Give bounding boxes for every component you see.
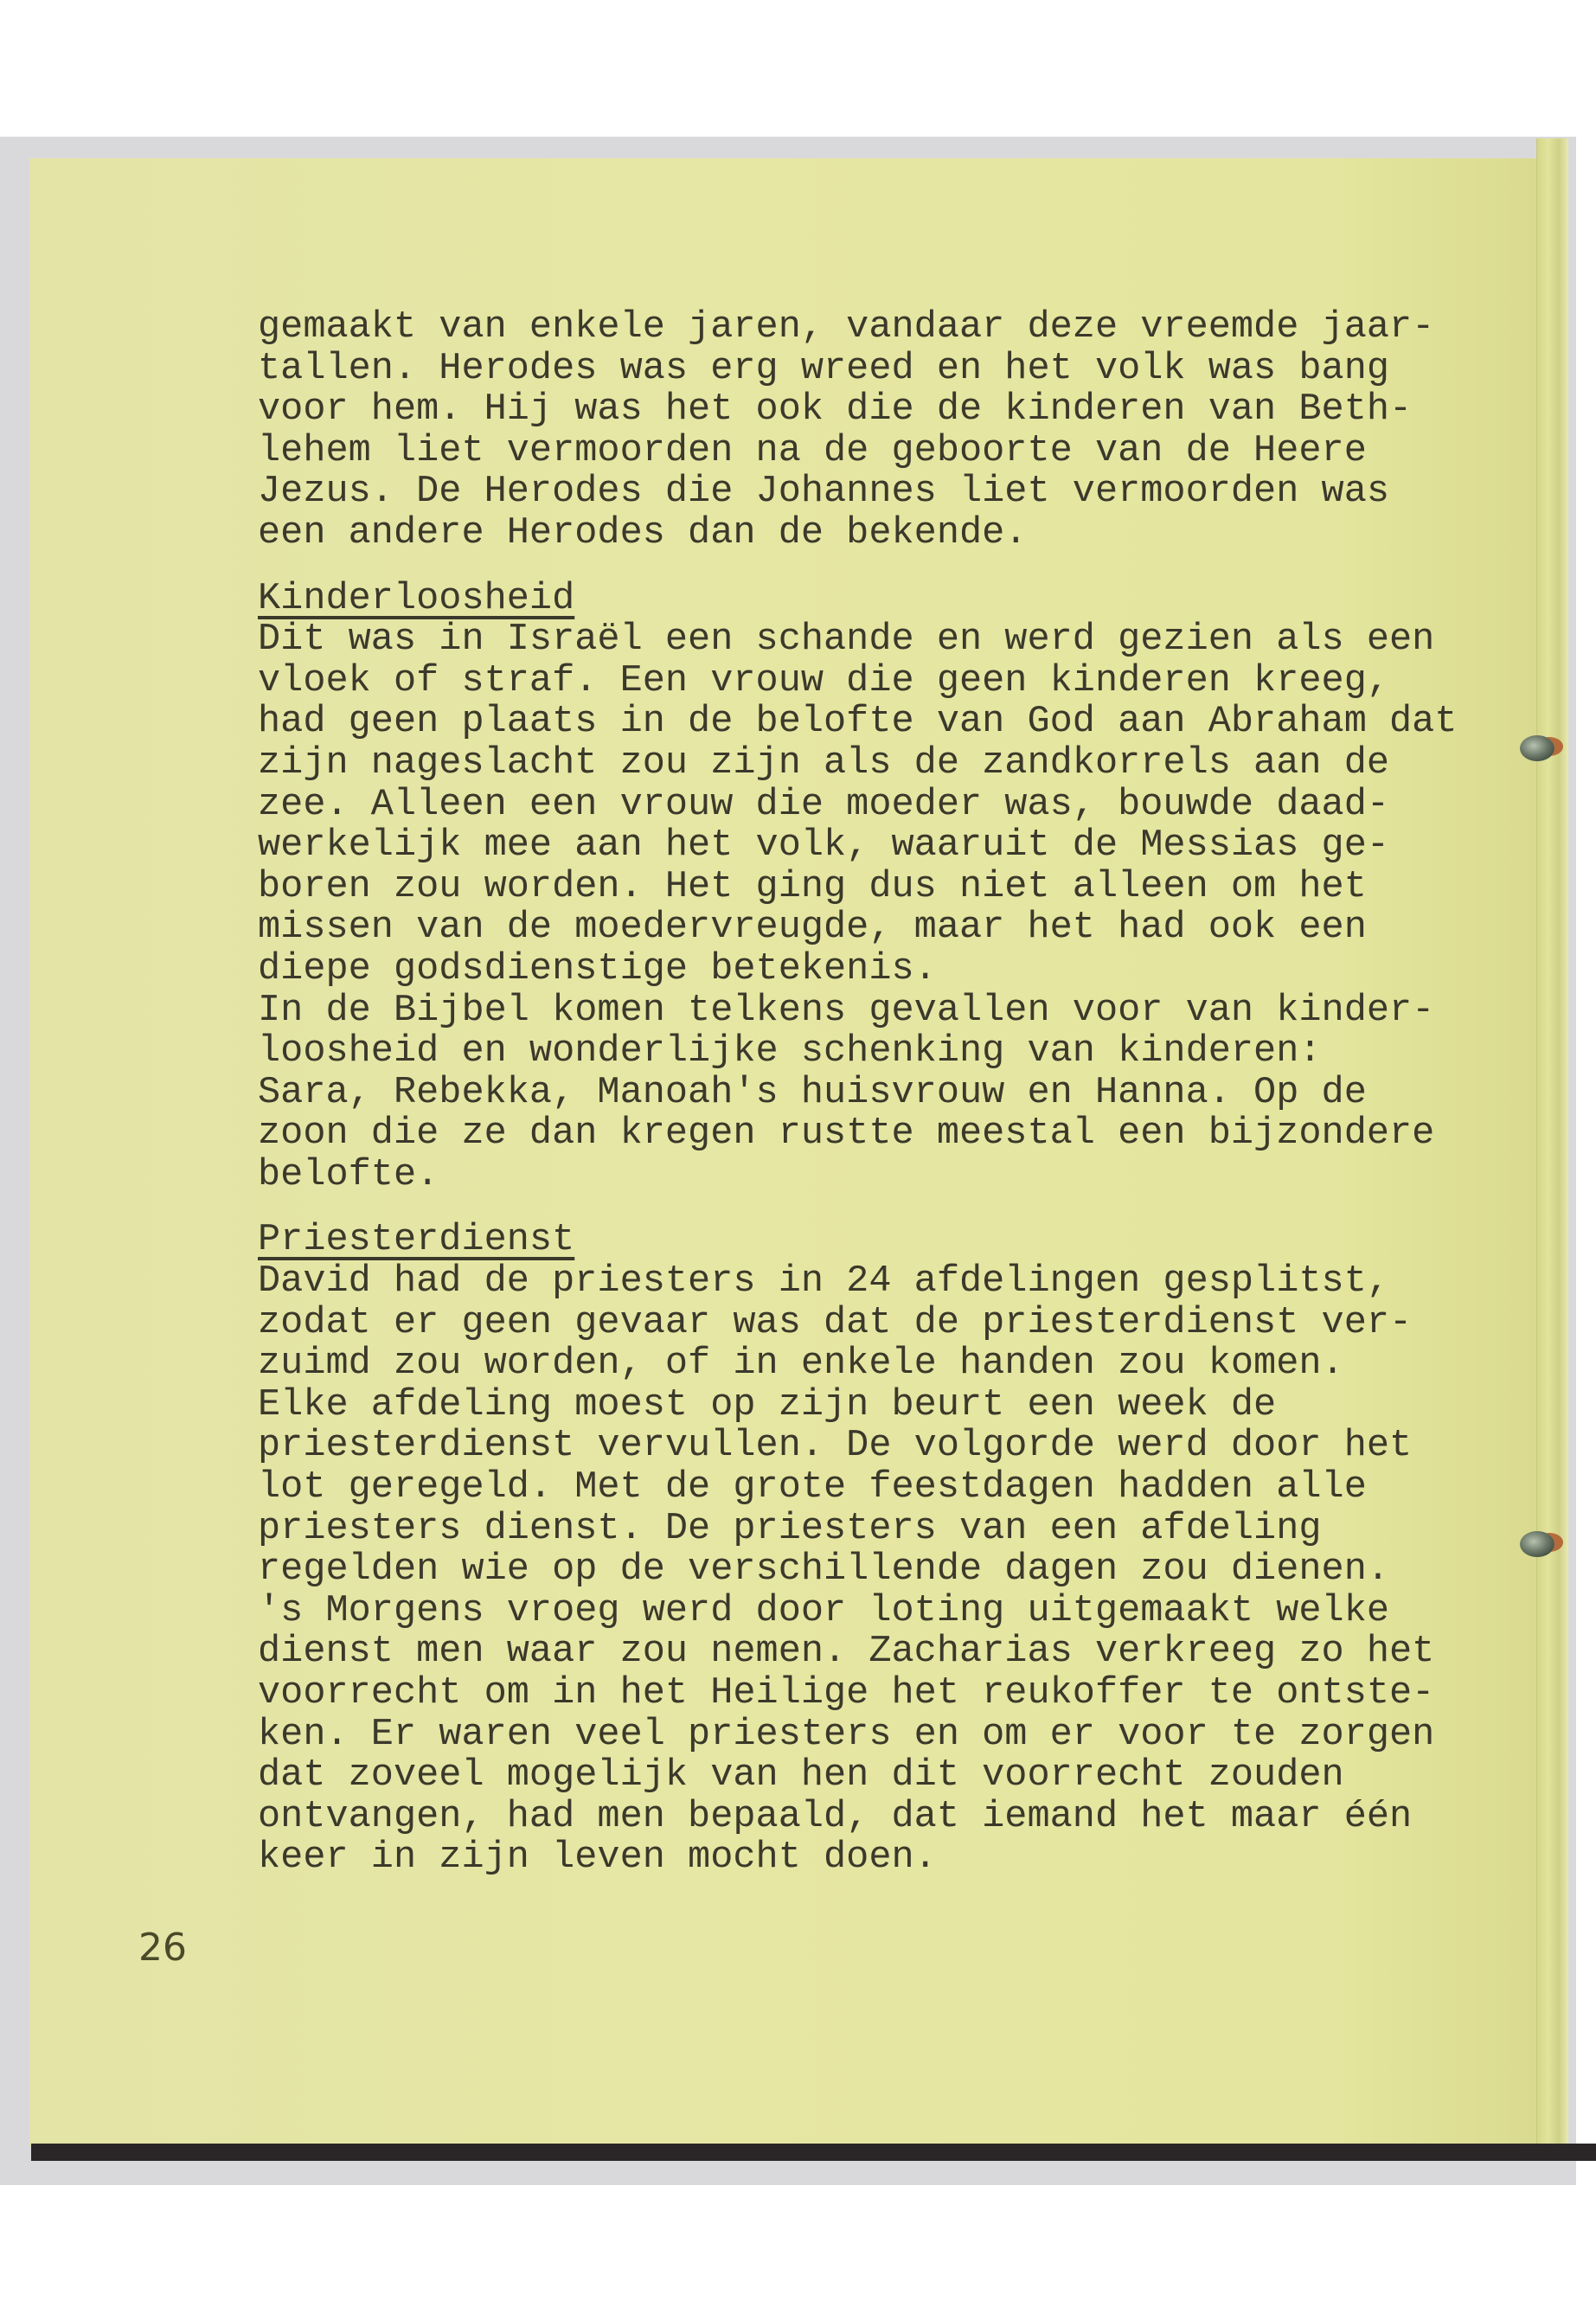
text-line: belofte.: [258, 1155, 1486, 1196]
text-line: zee. Alleen een vrouw die moeder was, bo…: [258, 785, 1486, 826]
text-line: een andere Herodes dan de bekende.: [258, 513, 1486, 554]
text-line: zijn nageslacht zou zijn als de zandkorr…: [258, 743, 1486, 785]
text-line: zoon die ze dan kregen rustte meestal ee…: [258, 1113, 1486, 1155]
typed-text-body: gemaakt van enkele jaren, vandaar deze v…: [258, 307, 1486, 1879]
page-number: 26: [138, 1926, 187, 1970]
text-line: gemaakt van enkele jaren, vandaar deze v…: [258, 307, 1486, 349]
text-line: missen van de moedervreugde, maar het ha…: [258, 907, 1486, 949]
page-binding-edge: [1536, 138, 1568, 2147]
text-line: 's Morgens vroeg werd door loting uitgem…: [258, 1591, 1486, 1632]
text-line: werkelijk mee aan het volk, waaruit de M…: [258, 825, 1486, 867]
text-line: In de Bijbel komen telkens gevallen voor…: [258, 990, 1486, 1032]
text-line: had geen plaats in de belofte van God aa…: [258, 702, 1486, 743]
text-line: tallen. Herodes was erg wreed en het vol…: [258, 349, 1486, 390]
text-line: dat zoveel mogelijk van hen dit voorrech…: [258, 1755, 1486, 1797]
text-line: diepe godsdienstige betekenis.: [258, 949, 1486, 990]
text-line: regelden wie op de verschillende dagen z…: [258, 1549, 1486, 1591]
text-line: priesterdienst vervullen. De volgorde we…: [258, 1426, 1486, 1467]
text-line: lot geregeld. Met de grote feestdagen ha…: [258, 1467, 1486, 1509]
text-line: zodat er geen gevaar was dat de priester…: [258, 1303, 1486, 1344]
text-line: boren zou worden. Het ging dus niet alle…: [258, 867, 1486, 908]
section-heading: Priesterdienst: [258, 1220, 1486, 1261]
text-line: Sara, Rebekka, Manoah's huisvrouw en Han…: [258, 1073, 1486, 1114]
text-line: ontvangen, had men bepaald, dat iemand h…: [258, 1797, 1486, 1838]
text-line: zuimd zou worden, of in enkele handen zo…: [258, 1343, 1486, 1385]
binding-rivet-icon: [1520, 1531, 1554, 1557]
text-line: voor hem. Hij was het ook die de kindere…: [258, 389, 1486, 431]
binding-rivet-icon: [1520, 735, 1554, 761]
section-priesterdienst: Priesterdienst David had de priesters in…: [258, 1220, 1486, 1879]
text-line: loosheid en wonderlijke schenking van ki…: [258, 1031, 1486, 1073]
text-line: Jezus. De Herodes die Johannes liet verm…: [258, 471, 1486, 513]
text-line: lehem liet vermoorden na de geboorte van…: [258, 431, 1486, 472]
text-line: ken. Er waren veel priesters en om er vo…: [258, 1715, 1486, 1756]
text-line: priesters dienst. De priesters van een a…: [258, 1509, 1486, 1550]
text-line: vloek of straf. Een vrouw die geen kinde…: [258, 661, 1486, 702]
page-bottom-edge: [31, 2144, 1596, 2161]
section-kinderloosheid: Kinderloosheid Dit was in Israël een sch…: [258, 579, 1486, 1196]
text-line: dienst men waar zou nemen. Zacharias ver…: [258, 1631, 1486, 1673]
section-heading: Kinderloosheid: [258, 579, 1486, 620]
intro-paragraph: gemaakt van enkele jaren, vandaar deze v…: [258, 307, 1486, 554]
text-line: Dit was in Israël een schande en werd ge…: [258, 619, 1486, 661]
text-line: Elke afdeling moest op zijn beurt een we…: [258, 1385, 1486, 1426]
text-line: David had de priesters in 24 afdelingen …: [258, 1261, 1486, 1303]
text-line: voorrecht om in het Heilige het reukoffe…: [258, 1673, 1486, 1715]
text-line: keer in zijn leven mocht doen.: [258, 1837, 1486, 1879]
